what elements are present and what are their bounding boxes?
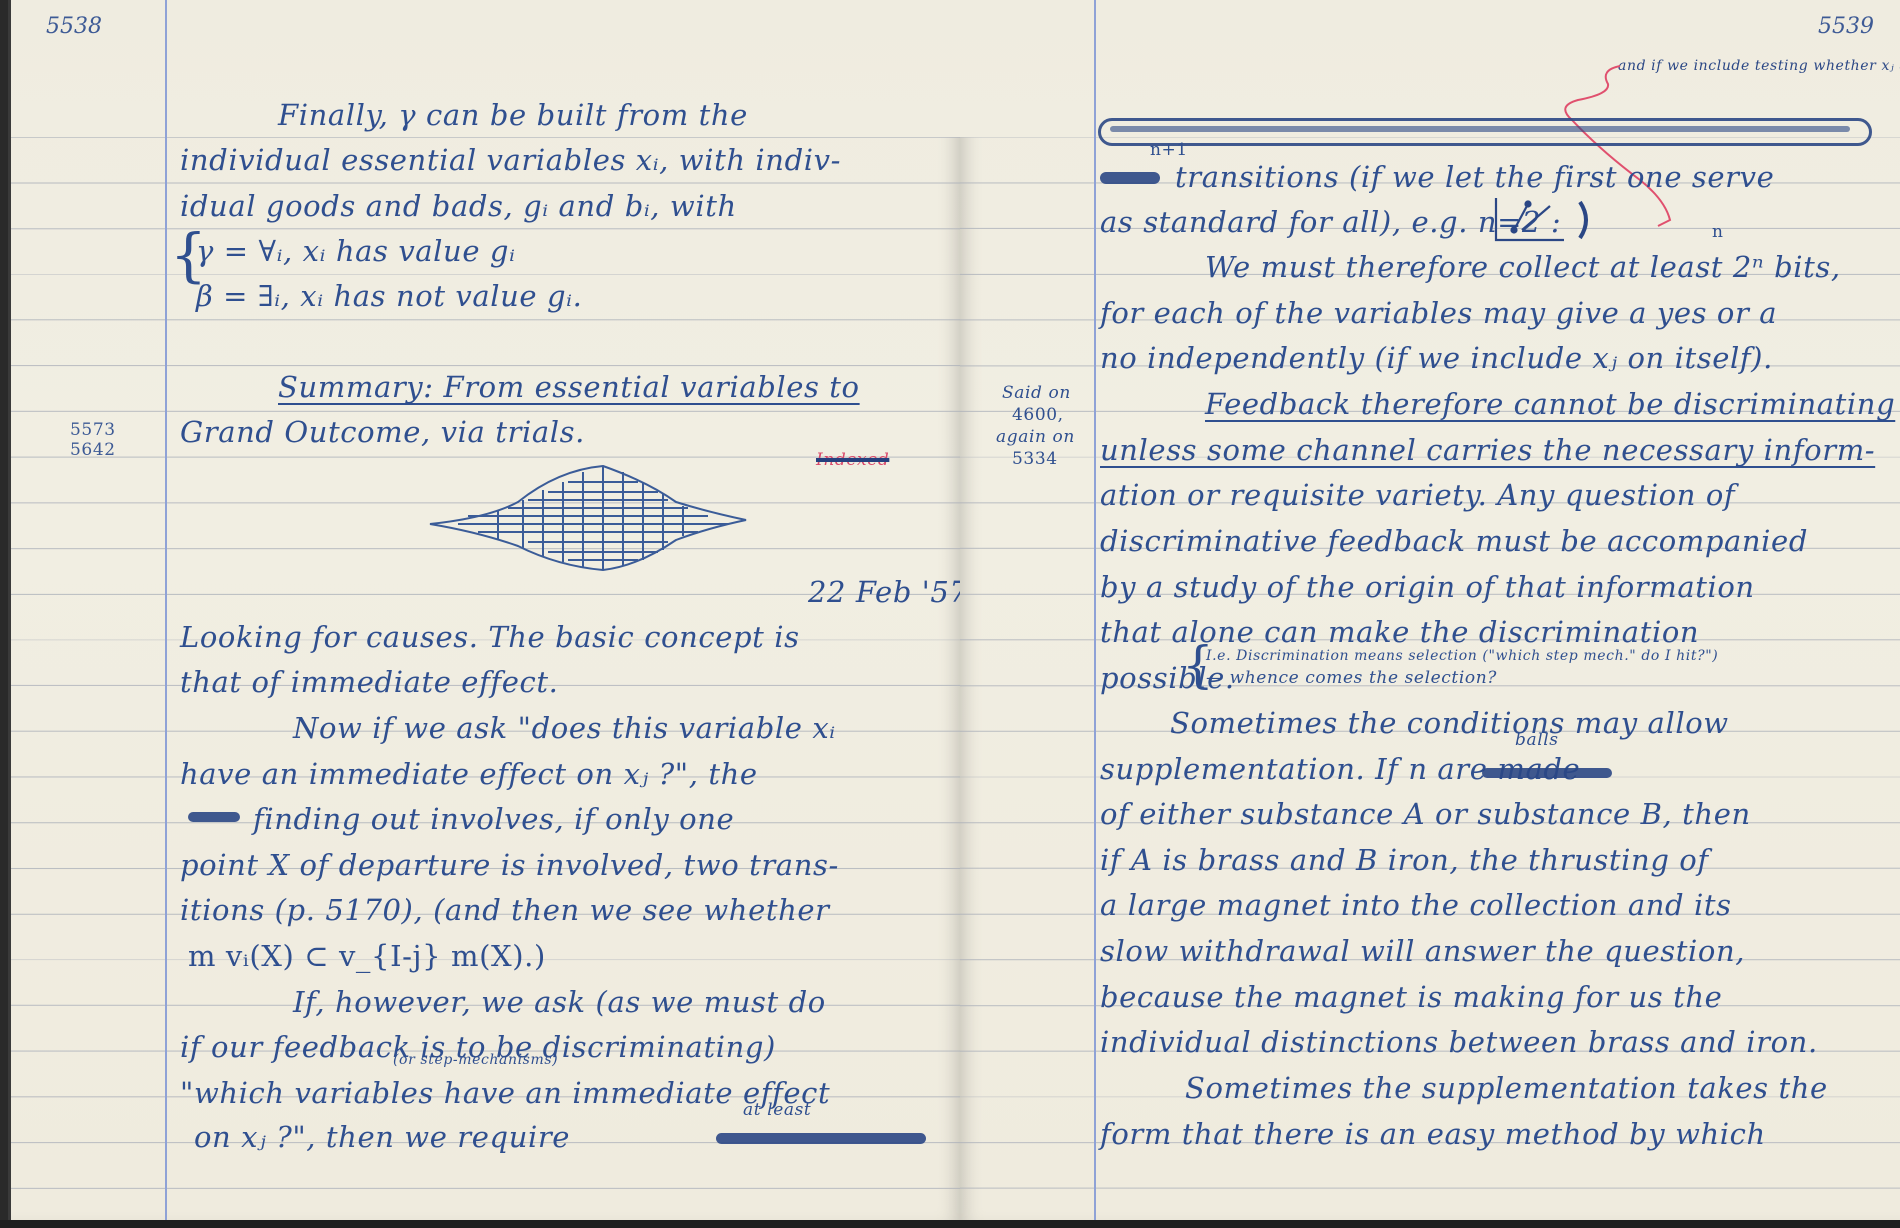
text-line: that of immediate effect. bbox=[180, 665, 558, 699]
bracket-note: I.e. Discrimination means selection ("wh… bbox=[1206, 648, 1718, 664]
crossed-out-word bbox=[1100, 172, 1160, 184]
left-page: 5538 Finally, γ can be built from the in… bbox=[8, 0, 960, 1220]
text-line: as standard for all), e.g. n=2 : bbox=[1100, 205, 1561, 239]
text-line: ation or requisite variety. Any question… bbox=[1100, 478, 1735, 512]
text-line: Grand Outcome, via trials. bbox=[180, 415, 585, 449]
text-line: Sometimes the conditions may allow bbox=[1170, 706, 1729, 740]
text-line: If, however, we ask (as we must do bbox=[293, 985, 826, 1019]
book-bottom-edge bbox=[0, 1220, 1900, 1228]
text-line: transitions (if we let the first one ser… bbox=[1175, 160, 1774, 194]
entry-date: 22 Feb '57 bbox=[808, 575, 960, 609]
crosshatch-diagram-icon bbox=[428, 462, 748, 572]
text-line: have an immediate effect on xⱼ ?", the bbox=[180, 757, 758, 791]
text-line: itions (p. 5170), (and then we see wheth… bbox=[180, 893, 830, 927]
text-line: "which variables have an immediate effec… bbox=[180, 1076, 830, 1110]
margin-ref: 5573 bbox=[70, 420, 116, 440]
text-line: finding out involves, if only one bbox=[253, 802, 734, 836]
superscript: n+1 bbox=[1150, 140, 1188, 160]
page-number: 5539 bbox=[1818, 14, 1874, 39]
margin-note: again on bbox=[996, 427, 1075, 447]
margin-ref: 5642 bbox=[70, 440, 116, 460]
text-line: Feedback therefore cannot be discriminat… bbox=[1205, 387, 1895, 421]
notebook-spread: 5538 Finally, γ can be built from the in… bbox=[8, 0, 1900, 1220]
right-page: 5539 and if we include testing whether x… bbox=[960, 0, 1900, 1220]
crossed-out-line bbox=[1098, 118, 1872, 146]
crossed-out-words bbox=[716, 1133, 926, 1144]
text-line: Sometimes the supplementation takes the bbox=[1185, 1071, 1828, 1105]
text-line: β = ∃ᵢ, xᵢ has not value gᵢ. bbox=[196, 279, 582, 313]
transition-diagram-icon bbox=[1494, 194, 1604, 244]
text-line: We must therefore collect at least 2ⁿ bi… bbox=[1205, 250, 1841, 284]
margin-line bbox=[1094, 0, 1096, 1220]
text-line: Looking for causes. The basic concept is bbox=[180, 620, 800, 654]
text-line: individual distinctions between brass an… bbox=[1100, 1025, 1818, 1059]
text-line: for each of the variables may give a yes… bbox=[1100, 296, 1777, 330]
text-line: slow withdrawal will answer the question… bbox=[1100, 934, 1745, 968]
page-number: 5538 bbox=[46, 14, 102, 39]
margin-note: 4600, bbox=[1012, 405, 1064, 425]
page-edge bbox=[8, 0, 11, 1220]
margin-note: 5334 bbox=[1012, 449, 1058, 469]
crossed-out-word bbox=[188, 812, 240, 822]
summary-heading: Summary: From essential variables to bbox=[278, 370, 860, 404]
text-line: γ = ∀ᵢ, xᵢ has value gᵢ bbox=[196, 234, 516, 268]
text-line: Finally, γ can be built from the bbox=[278, 98, 748, 132]
text-line: point X of departure is involved, two tr… bbox=[180, 848, 839, 882]
insertion-note: at least bbox=[743, 1100, 811, 1120]
text-line: by a study of the origin of that informa… bbox=[1100, 570, 1755, 604]
superscript: n bbox=[1712, 222, 1724, 242]
text-line: idual goods and bads, gᵢ and bᵢ, with bbox=[180, 189, 737, 223]
insertion-note: balls bbox=[1515, 730, 1559, 750]
text-line: individual essential variables xᵢ, with … bbox=[180, 143, 841, 177]
text-line: discriminative feedback must be accompan… bbox=[1100, 524, 1808, 558]
insertion-note: (or step-mechanisms) bbox=[393, 1052, 558, 1068]
text-line: unless some channel carries the necessar… bbox=[1100, 433, 1875, 467]
text-line: Now if we ask "does this variable xᵢ bbox=[293, 711, 836, 745]
margin-line bbox=[165, 0, 167, 1220]
text-line: because the magnet is making for us the bbox=[1100, 980, 1722, 1014]
text-line: no independently (if we include xⱼ on it… bbox=[1100, 341, 1773, 375]
formula-line: m vᵢ(X) ⊂ v_{I-j} m(X).) bbox=[188, 939, 546, 973]
margin-note: Said on bbox=[1002, 383, 1071, 403]
text-line: a large magnet into the collection and i… bbox=[1100, 888, 1732, 922]
text-line: of either substance A or substance B, th… bbox=[1100, 797, 1751, 831]
text-line: form that there is an easy method by whi… bbox=[1100, 1117, 1766, 1151]
crossed-out-word bbox=[1482, 768, 1612, 778]
text-line: if A is brass and B iron, the thrusting … bbox=[1100, 843, 1709, 877]
indexed-stamp: Indexed bbox=[816, 450, 889, 470]
text-line: on xⱼ ?", then we require bbox=[194, 1120, 570, 1154]
bracket-note: — whence comes the selection? bbox=[1206, 668, 1497, 688]
